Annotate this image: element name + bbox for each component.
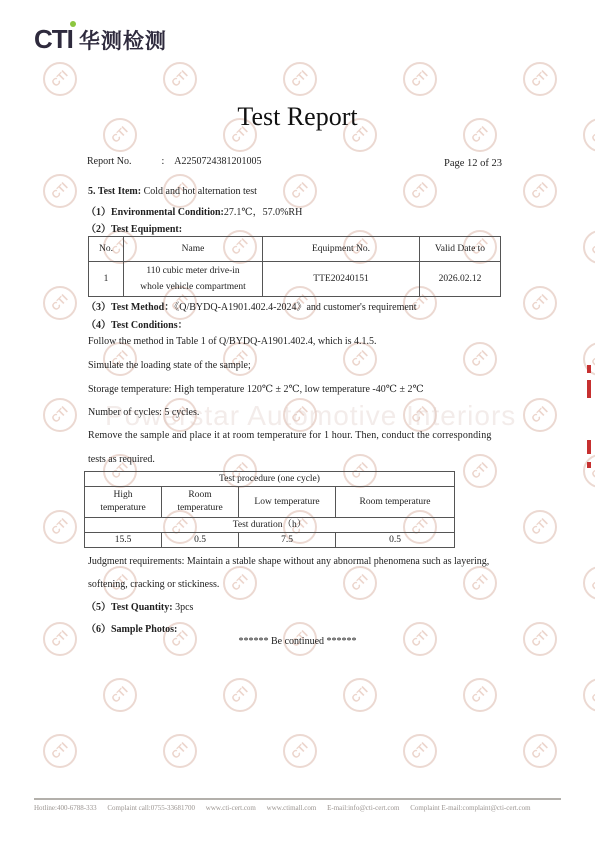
test-method-value: 《Q/BYDQ-A1901.402.4-2024》and customer's …	[174, 302, 416, 313]
footer-complaint-call: Complaint call:0755-33681700	[107, 804, 195, 812]
procedure-stages-row: Hightemperature Roomtemperature Low temp…	[85, 487, 455, 518]
condition-line: Storage temperature: High temperature 12…	[88, 384, 424, 395]
procedure-title: Test procedure (one cycle)	[85, 472, 455, 487]
report-number-value: A2250724381201005	[174, 156, 261, 167]
test-item-line: 5. Test Item: Cold and hot alternation t…	[88, 186, 257, 197]
logo-mark: CTI	[34, 24, 73, 55]
continued-marker: ****** Be continued ******	[0, 636, 595, 647]
footer-mall: www.ctimall.com	[267, 804, 317, 812]
cti-logo: CTI 华测检测	[34, 24, 167, 55]
cti-watermark-stamp-icon: CTI	[516, 279, 564, 327]
cti-watermark-stamp-icon: CTI	[396, 167, 444, 215]
judgment-line: softening, cracking or stickiness.	[88, 579, 219, 590]
cti-watermark-stamp-icon: CTI	[396, 727, 444, 775]
cti-watermark-stamp-icon: CTI	[516, 727, 564, 775]
equipment-table: No. Name Equipment No. Valid Date to 1 1…	[88, 236, 501, 297]
cti-watermark-stamp-icon: CTI	[216, 671, 264, 719]
test-conditions-heading: （4）Test Conditions：	[86, 316, 188, 331]
footer-contacts: Hotline:400-6788-333 Complaint call:0755…	[34, 804, 574, 812]
equipment-heading: （2）Test Equipment:	[86, 220, 182, 235]
cti-watermark-stamp-icon: CTI	[36, 167, 84, 215]
cti-watermark-stamp-icon: CTI	[576, 335, 595, 383]
environment-line: （1）Environmental Condition:27.1℃，57.0%RH	[86, 203, 302, 218]
page-indicator: Page 12 of 23	[444, 158, 502, 169]
test-item-label: 5. Test Item:	[88, 186, 141, 197]
table-row: 1 110 cubic meter drive-inwhole vehicle …	[89, 262, 501, 297]
report-number-label: Report No.	[87, 156, 131, 167]
cti-watermark-stamp-icon: CTI	[156, 55, 204, 103]
cti-watermark-stamp-icon: CTI	[36, 727, 84, 775]
footer-divider	[34, 798, 561, 800]
report-number-line: Report No.:A2250724381201005	[87, 156, 261, 167]
condition-line: tests as required.	[88, 454, 155, 465]
table-header-row: No. Name Equipment No. Valid Date to	[89, 237, 501, 262]
footer-complaint-email: Complaint E-mail:complaint@cti-cert.com	[410, 804, 530, 812]
cti-watermark-stamp-icon: CTI	[516, 503, 564, 551]
cti-watermark-stamp-icon: CTI	[516, 55, 564, 103]
side-stamp-mark	[587, 462, 591, 468]
condition-line: Simulate the loading state of the sample…	[88, 360, 251, 371]
footer-website: www.cti-cert.com	[206, 804, 256, 812]
cti-watermark-stamp-icon: CTI	[36, 503, 84, 551]
cti-watermark-stamp-icon: CTI	[36, 55, 84, 103]
test-quantity-line: （5）Test Quantity: 3pcs	[86, 598, 193, 613]
cti-watermark-stamp-icon: CTI	[396, 55, 444, 103]
cti-watermark-stamp-icon: CTI	[456, 335, 504, 383]
side-stamp-mark	[587, 440, 591, 454]
condition-line: Remove the sample and place it at room t…	[88, 430, 492, 441]
environment-value: 27.1℃，57.0%RH	[224, 207, 302, 218]
judgment-line: Judgment requirements: Maintain a stable…	[88, 556, 489, 567]
cti-watermark-stamp-icon: CTI	[336, 671, 384, 719]
cti-watermark-stamp-icon: CTI	[36, 279, 84, 327]
condition-line: Number of cycles: 5 cycles.	[88, 407, 199, 418]
footer-email: E-mail:info@cti-cert.com	[327, 804, 399, 812]
cti-watermark-stamp-icon: CTI	[456, 447, 504, 495]
cti-watermark-stamp-icon: CTI	[156, 727, 204, 775]
cti-watermark-stamp-icon: CTI	[276, 727, 324, 775]
duration-label: Test duration（h）	[85, 518, 455, 533]
cti-watermark-stamp-icon: CTI	[576, 671, 595, 719]
cti-watermark-stamp-icon: CTI	[516, 167, 564, 215]
cti-watermark-stamp-icon: CTI	[516, 391, 564, 439]
footer-hotline: Hotline:400-6788-333	[34, 804, 97, 812]
sample-photos-heading: （6）Sample Photos:	[86, 620, 177, 635]
test-method-line: （3）Test Method：《Q/BYDQ-A1901.402.4-2024》…	[86, 298, 417, 313]
cti-watermark-stamp-icon: CTI	[576, 559, 595, 607]
cti-watermark-stamp-icon: CTI	[276, 55, 324, 103]
test-quantity-value: 3pcs	[175, 602, 193, 613]
test-procedure-table: Test procedure (one cycle) Hightemperatu…	[84, 471, 455, 548]
side-stamp-mark	[587, 365, 591, 373]
cti-watermark-stamp-icon: CTI	[576, 447, 595, 495]
cti-watermark-stamp-icon: CTI	[576, 223, 595, 271]
cti-watermark-stamp-icon: CTI	[96, 671, 144, 719]
condition-line: Follow the method in Table 1 of Q/BYDQ-A…	[88, 336, 377, 347]
logo-dot-icon	[70, 21, 76, 27]
durations-row: 15.5 0.5 7.5 0.5	[85, 533, 455, 548]
cti-watermark-stamp-icon: CTI	[36, 391, 84, 439]
logo-chinese-name: 华测检测	[79, 25, 167, 55]
page-title: Test Report	[0, 102, 595, 132]
side-stamp-mark	[587, 380, 591, 398]
test-item-value: Cold and hot alternation test	[144, 186, 257, 197]
cti-watermark-stamp-icon: CTI	[456, 671, 504, 719]
